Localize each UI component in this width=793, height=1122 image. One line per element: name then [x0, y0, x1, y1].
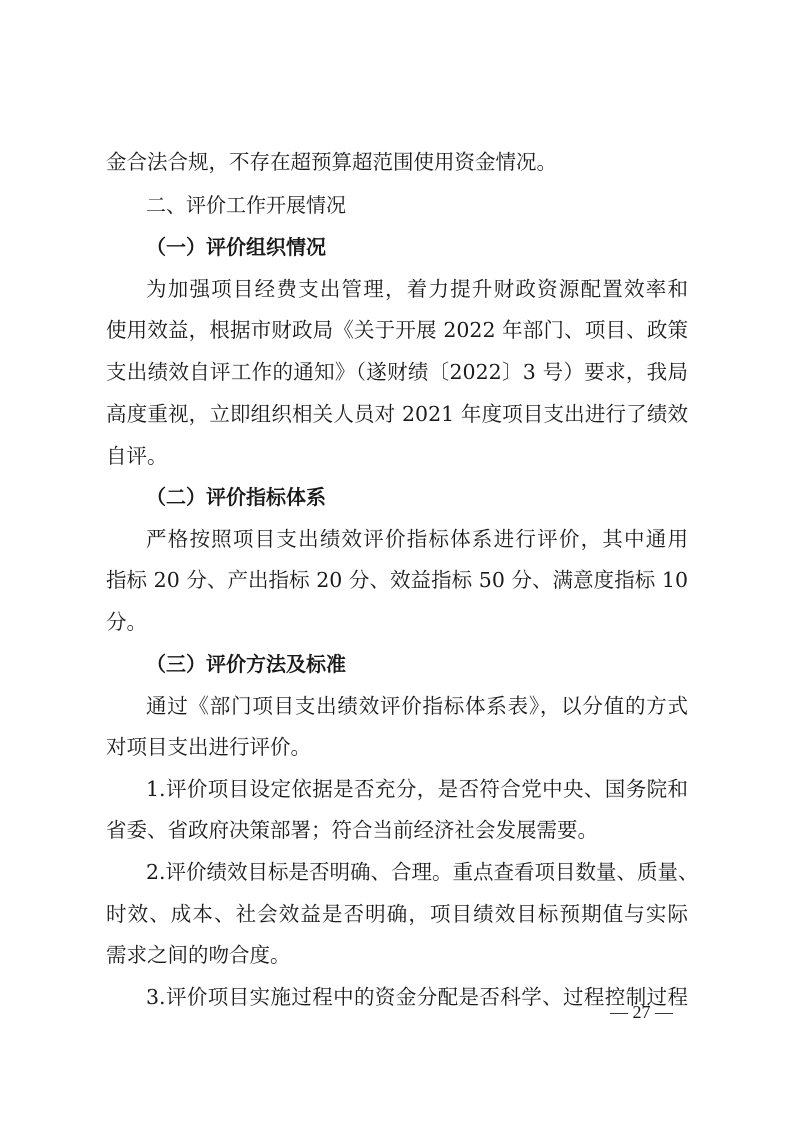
- subsection-heading: （二）评价指标体系: [146, 485, 728, 509]
- paragraph-line: 2.评价绩效目标是否明确、合理。重点查看项目数量、质量、: [146, 860, 688, 884]
- section-heading: 二、评价工作开展情况: [146, 193, 728, 217]
- paragraph-line: 省委、省政府决策部署；符合当前经济社会发展需要。: [106, 818, 688, 842]
- paragraph-line: 分。: [106, 610, 688, 634]
- paragraph-line: 通过《部门项目支出绩效评价指标体系表》，以分值的方式: [146, 694, 688, 718]
- paragraph-line: 指标 20 分、产出指标 20 分、效益指标 50 分、满意度指标 10: [106, 568, 688, 592]
- paragraph-line: 高度重视，立即组织相关人员对 2021 年度项目支出进行了绩效: [106, 402, 688, 426]
- paragraph-line: 需求之间的吻合度。: [106, 943, 688, 967]
- paragraph-line: 对项目支出进行评价。: [106, 735, 688, 759]
- subsection-heading: （三）评价方法及标准: [146, 652, 728, 676]
- paragraph-line: 支出绩效自评工作的通知》（遂财绩〔2022〕3 号）要求，我局: [106, 360, 688, 384]
- paragraph-line: 使用效益，根据市财政局《关于开展 2022 年部门、项目、政策: [106, 318, 688, 342]
- subsection-heading: （一）评价组织情况: [146, 235, 728, 259]
- paragraph-line: 严格按照项目支出绩效评价指标体系进行评价，其中通用: [146, 527, 688, 551]
- paragraph-line: 金合法合规，不存在超预算超范围使用资金情况。: [106, 150, 688, 174]
- paragraph-line: 自评。: [106, 444, 688, 468]
- page-number: — 27 —: [610, 1002, 673, 1023]
- paragraph-line: 1.评价项目设定依据是否充分，是否符合党中央、国务院和: [146, 777, 688, 801]
- paragraph-line: 3.评价项目实施过程中的资金分配是否科学、过程控制过程: [146, 985, 688, 1009]
- paragraph-line: 为加强项目经费支出管理，着力提升财政资源配置效率和: [146, 277, 688, 301]
- paragraph-line: 时效、成本、社会效益是否明确，项目绩效目标预期值与实际: [106, 902, 688, 926]
